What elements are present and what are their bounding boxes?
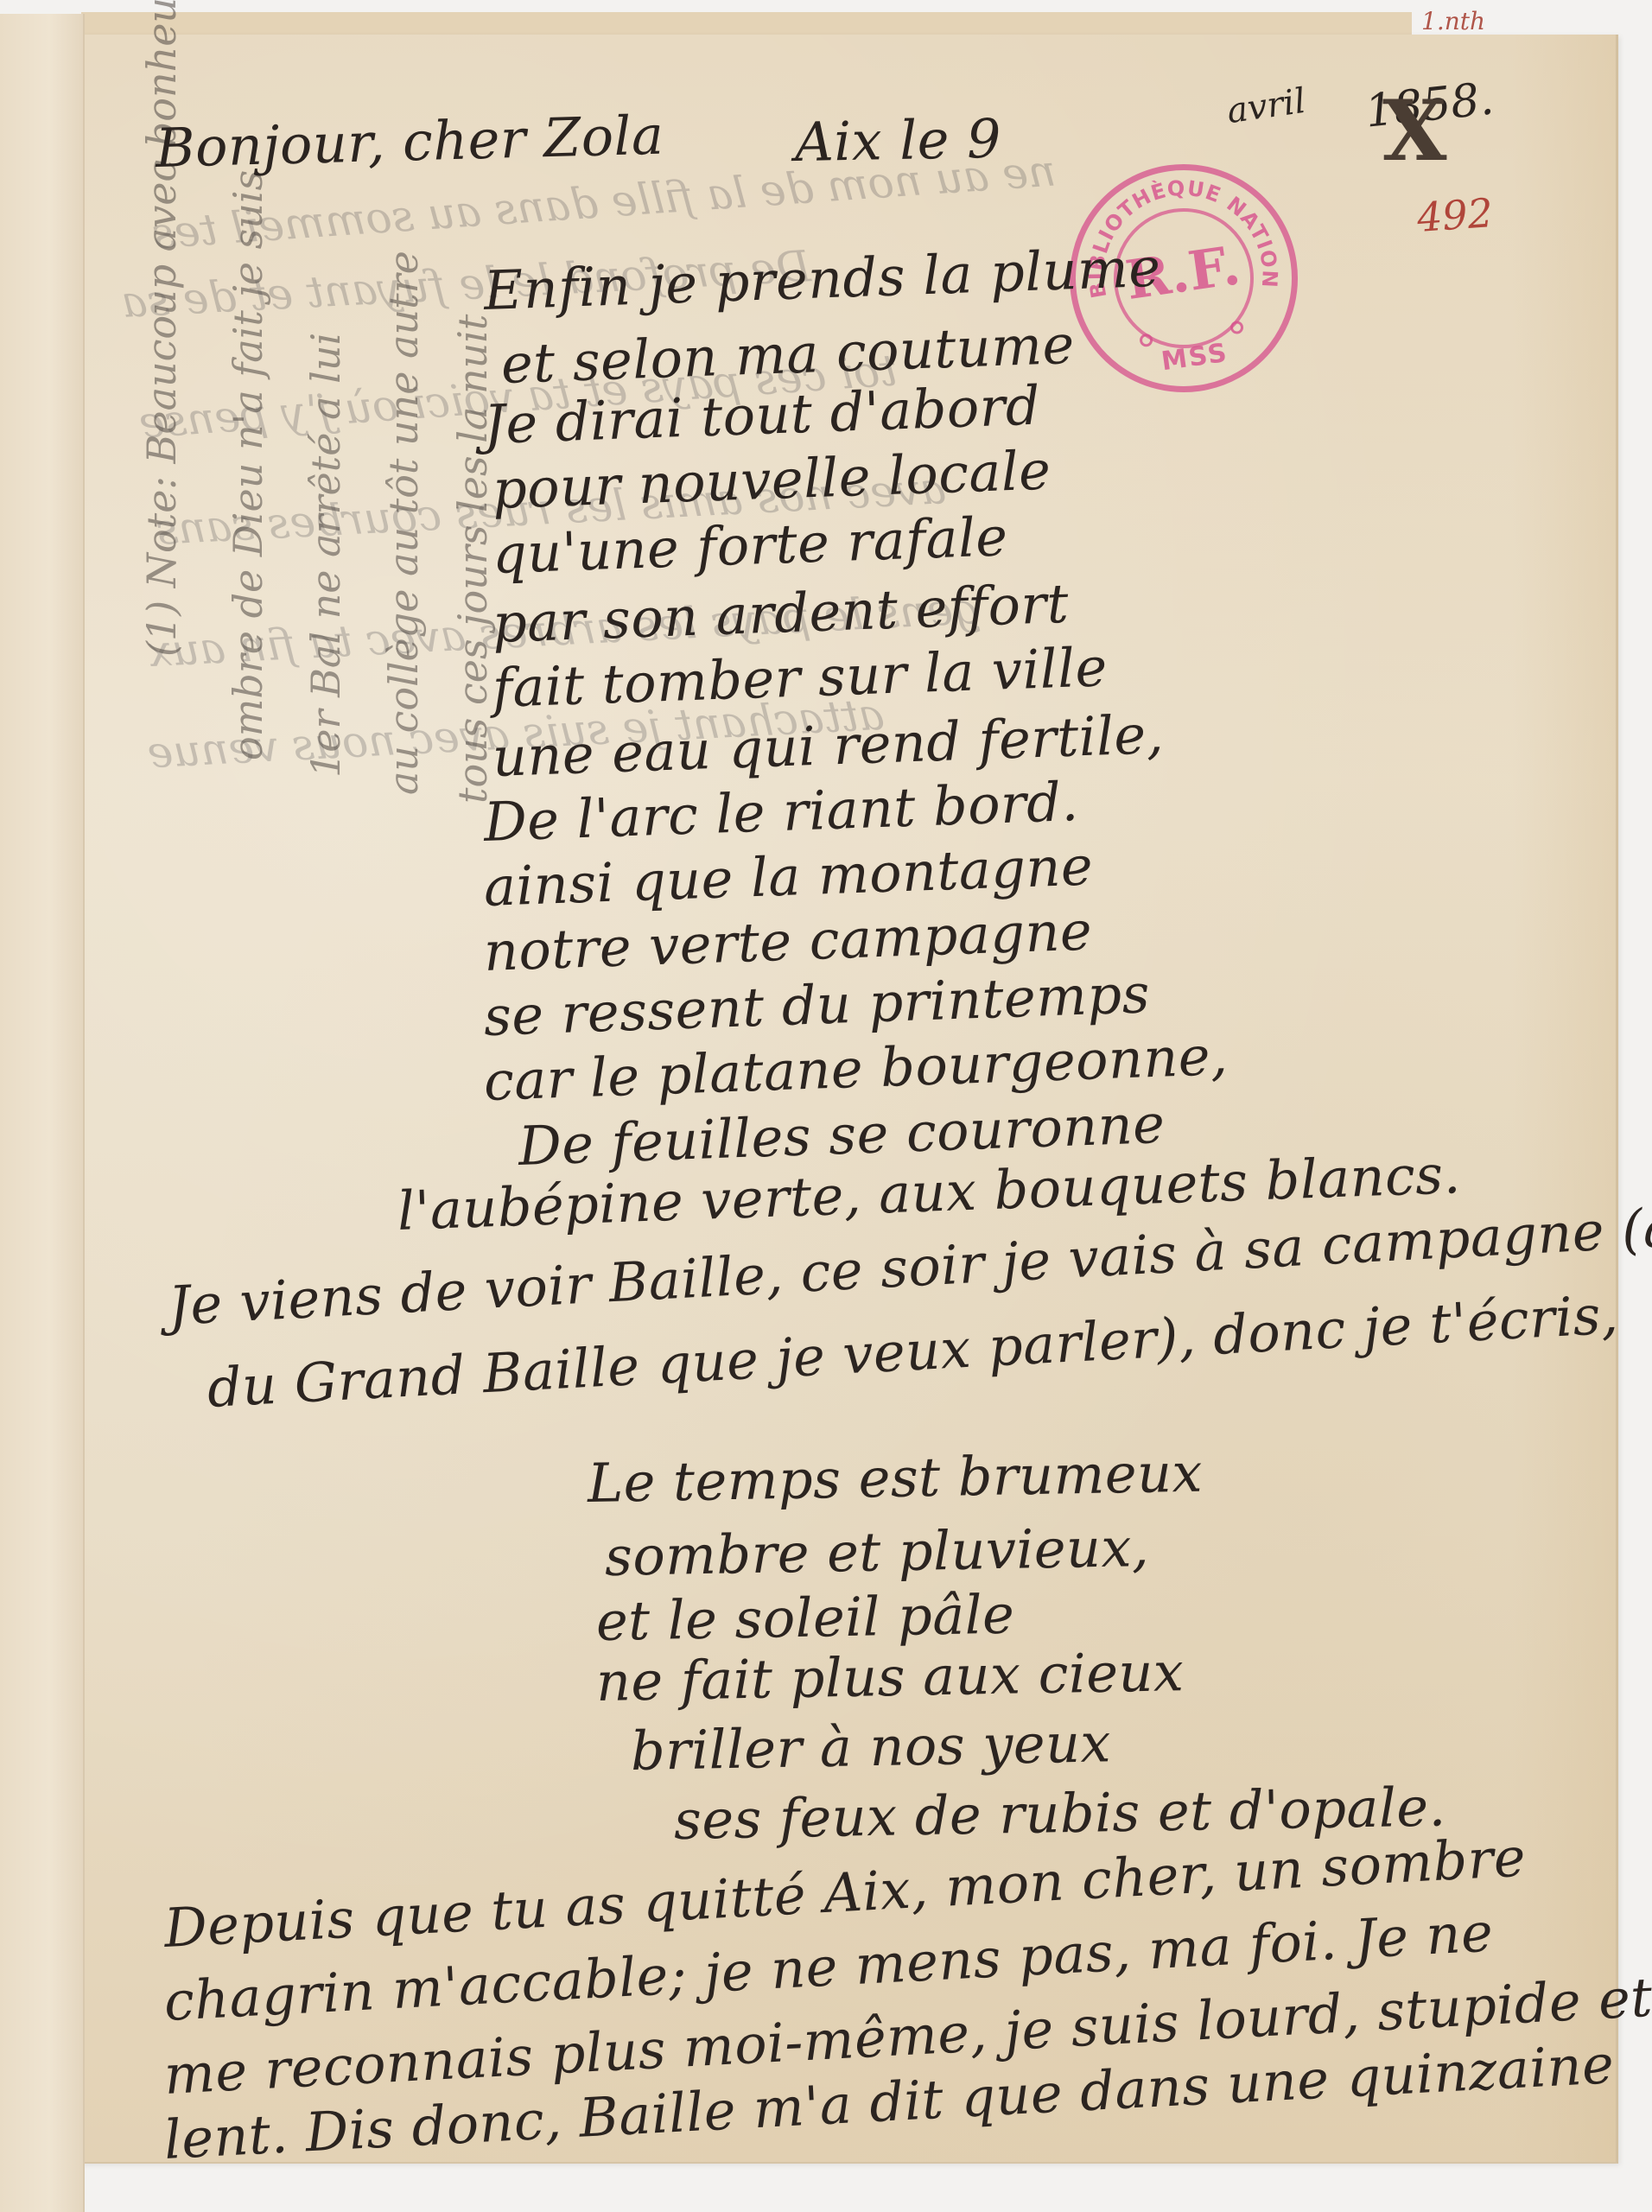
shelfmark-pencil-note: 1.nth	[1421, 7, 1485, 35]
margin-vertical-text: ombre de Dieu n'a fait je suis	[225, 170, 271, 760]
manuscript-scan: 1.nth 492 ne au nom de la fille dans au …	[0, 0, 1652, 2212]
poem-line: briller à nos yeux	[630, 1711, 1111, 1783]
folio-number: 492	[1415, 189, 1494, 241]
poem-line: sombre et pluvieux,	[604, 1516, 1149, 1588]
marginal-x-mark: X	[1382, 82, 1446, 180]
place-date: Aix le 9	[794, 107, 1001, 174]
margin-vertical-text: tous ces jours les la nuit	[449, 315, 496, 804]
margin-vertical-text: 1er Bal ne arrêté a lui	[302, 333, 349, 778]
mounting-guard-strip	[0, 14, 85, 2212]
poem-line: Le temps est brumeux	[587, 1441, 1203, 1515]
salutation: Bonjour, cher Zola	[155, 104, 664, 180]
margin-vertical-text: (1) Note: Beaucoup avec bonheur au	[138, 0, 185, 657]
margin-vertical-text: au collège au tôt une autre	[380, 251, 427, 795]
poem-line: et le soleil pâle	[595, 1583, 1014, 1653]
poem-line: ne fait plus aux cieux	[595, 1640, 1185, 1713]
